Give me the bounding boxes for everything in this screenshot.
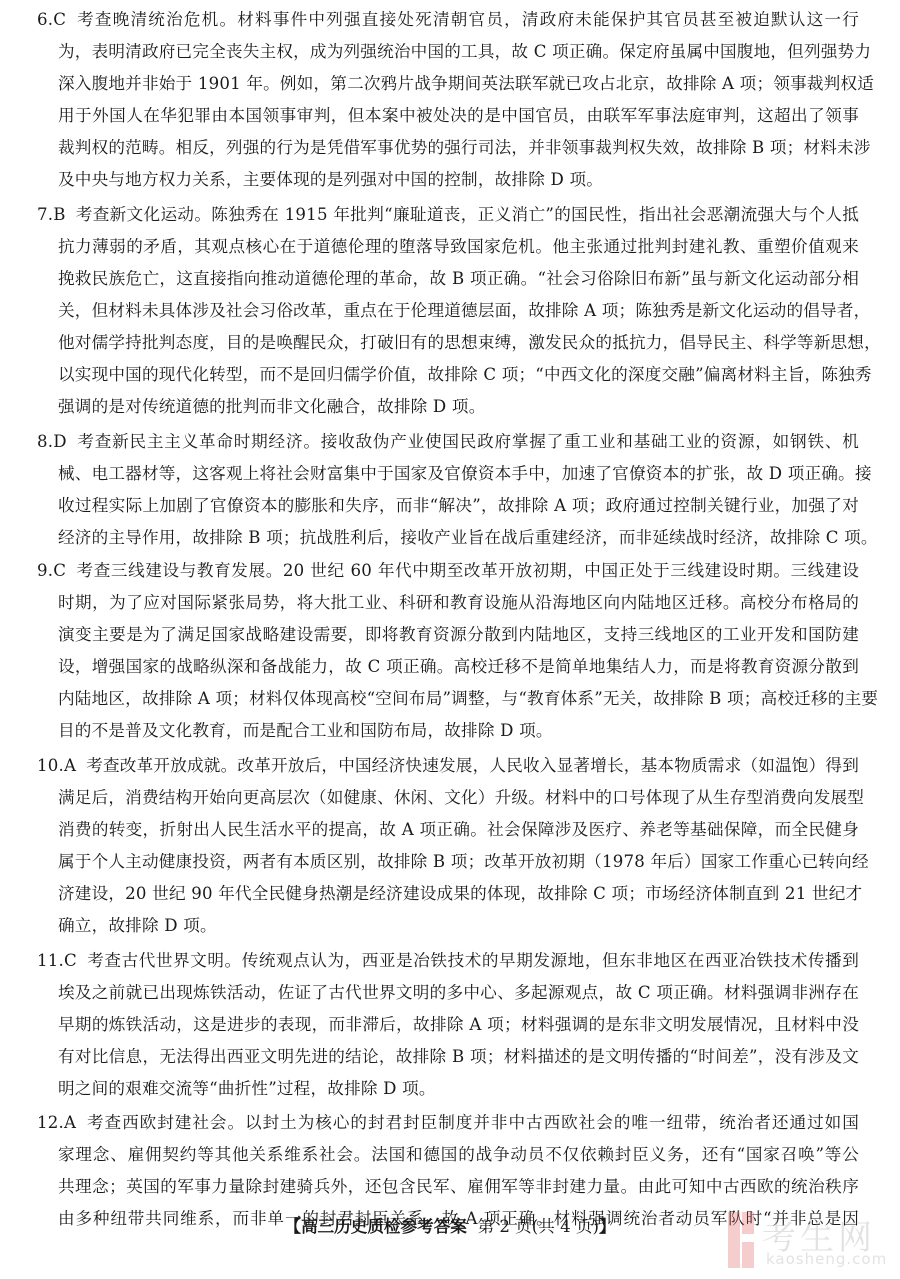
answer-item-line: 裁判权的范畴。相反，列强的行为是凭借军事优势的强行司法，并非领事裁判权失效，故排… (58, 132, 859, 164)
answer-item-line: 埃及之前就已出现炼铁活动，佐证了古代世界文明的多中心、多起源观点，故 C 项正确… (58, 977, 859, 1009)
question-number: 8. (37, 426, 53, 458)
answer-item-line: 家理念、雇佣契约等其他关系维系社会。法国和德国的战争动员不仅依赖封臣义务，还有“… (58, 1139, 859, 1171)
footer-title: 高三历史质检参考答案 (301, 1216, 467, 1236)
explanation-text: 考查新民主主义革命时期经济。接收敌伪产业使国民政府掌握了重工业和基础工业的资源，… (77, 432, 859, 451)
answer-item-line: 满足后，消费结构开始向更高层次（如健康、休闲、文化）升级。材料中的口号体现了从生… (58, 782, 859, 814)
answer-item-line: 以实现中国的现代化转型，而不是回归儒学价值，故排除 C 项；“中西文化的深度交融… (58, 359, 859, 391)
answer-letter: C (53, 555, 66, 587)
answer-item-line: 属于个人主动健康投资，两者有本质区别，故排除 B 项；改革开放初期（1978 年… (58, 846, 859, 878)
answer-item-line: 消费的转变，折射出人民生活水平的提高，故 A 项正确。社会保障涉及医疗、养老等基… (58, 814, 859, 846)
answer-item-line: 济建设，20 世纪 90 年代全民健身热潮是经济建设成果的体现，故排除 C 项；… (58, 878, 859, 910)
answer-item-line: 用于外国人在华犯罪由本国领事审判，但本案中被处决的是中国官员，由联军军事法庭审判… (58, 100, 859, 132)
answer-item-line: 早期的炼铁活动，这是进步的表现，而非滞后，故排除 A 项；材料强调的是东非文明发… (58, 1009, 859, 1041)
footer-bracket-close: 】 (599, 1216, 616, 1236)
answer-item-line: 共理念；英国的军事力量除封建骑兵外，还包含民军、雇佣军等非封建力量。由此可知中古… (58, 1171, 859, 1203)
explanation-text: 考查改革开放成就。改革开放后，中国经济快速发展，人民收入显著增长，基本物质需求（… (86, 756, 859, 775)
watermark-logo-icon (728, 1212, 752, 1268)
watermark: 考生网 kaosheng.com (728, 1212, 888, 1272)
answer-letter: C (64, 945, 77, 977)
answer-item-first-line: 8.D考查新民主主义革命时期经济。接收敌伪产业使国民政府掌握了重工业和基础工业的… (37, 426, 859, 458)
answer-item-first-line: 11.C考查古代世界文明。传统观点认为，西亚是冶铁技术的早期发源地，但东非地区在… (37, 945, 859, 977)
answer-item-line: 收过程实际上加剧了官僚资本的膨胀和失序，而非“解决”，故排除 A 项；政府通过控… (58, 490, 859, 522)
question-number: 11. (37, 945, 64, 977)
answer-item-line: 抗力薄弱的矛盾，其观点核心在于道德伦理的堕落导致国家危机。他主张通过批判封建礼教… (58, 231, 859, 263)
answer-item-line: 内陆地区，故排除 A 项；材料仅体现高校“空间布局”调整，与“教育体系”无关，故… (58, 683, 859, 715)
question-number: 9. (37, 555, 53, 587)
answer-item-line: 明之间的艰难交流等“曲折性”过程，故排除 D 项。 (58, 1073, 436, 1105)
answer-item-line: 挽救民族危亡，这直接指向推动道德伦理的革命，故 B 项正确。“社会习俗除旧布新”… (58, 263, 859, 295)
explanation-text: 考查古代世界文明。传统观点认为，西亚是冶铁技术的早期发源地，但东非地区在西亚冶铁… (87, 951, 859, 970)
answer-item-first-line: 6.C考查晚清统治危机。材料事件中列强直接处死清朝官员，清政府未能保护其官员甚至… (37, 4, 859, 36)
answer-item-line: 为，表明清政府已完全丧失主权，成为列强统治中国的工具，故 C 项正确。保定府虽属… (58, 36, 859, 68)
question-number: 6. (37, 4, 53, 36)
footer-bracket-open: 【 (284, 1216, 301, 1236)
answer-item-line: 目的不是普及文化教育，而是配合工业和国防布局，故排除 D 项。 (58, 715, 553, 747)
answer-letter: C (53, 4, 66, 36)
watermark-url: kaosheng.com (766, 1250, 887, 1268)
question-number: 10. (37, 750, 64, 782)
answer-item-line: 经济的主导作用，故排除 B 项；抗战胜利后，接收产业旨在战后重建经济，而非延续战… (58, 522, 878, 554)
answer-item-line: 确立，故排除 D 项。 (58, 910, 217, 942)
answer-item-line: 强调的是对传统道德的批判而非文化融合，故排除 D 项。 (58, 391, 486, 423)
answer-item-line: 有对比信息，无法得出西亚文明先进的结论，故排除 B 项；材料描述的是文明传播的“… (58, 1041, 859, 1073)
answer-key-page: 6.C考查晚清统治危机。材料事件中列强直接处死清朝官员，清政府未能保护其官员甚至… (0, 0, 900, 1279)
explanation-text: 考查新文化运动。陈独秀在 1915 年批判“廉耻道丧，正义消亡”的国民性，指出社… (76, 205, 859, 224)
explanation-text: 考查晚清统治危机。材料事件中列强直接处死清朝官员，清政府未能保护其官员甚至被迫默… (76, 10, 859, 29)
answer-item-first-line: 12.A考查西欧封建社会。以封土为核心的封君封臣制度并非中古西欧社会的唯一纽带，… (37, 1107, 859, 1139)
answer-item-first-line: 7.B考查新文化运动。陈独秀在 1915 年批判“廉耻道丧，正义消亡”的国民性，… (37, 199, 859, 231)
answer-letter: A (64, 750, 76, 782)
answer-item-line: 演变主要是为了满足国家战略建设需要，即将教育资源分散到内陆地区，支持三线地区的工… (58, 619, 859, 651)
explanation-text: 考查西欧封建社会。以封土为核心的封君封臣制度并非中古西欧社会的唯一纽带，统治者还… (86, 1113, 859, 1132)
answer-item-line: 时期，为了应对国际紧张局势，将大批工业、科研和教育设施从沿海地区向内陆地区迁移。… (58, 587, 859, 619)
answer-item-first-line: 10.A考查改革开放成就。改革开放后，中国经济快速发展，人民收入显著增长，基本物… (37, 750, 859, 782)
answer-item-line: 关，但材料未具体涉及社会习俗改革，重点在于伦理道德层面，故排除 A 项；陈独秀是… (58, 295, 859, 327)
answer-item-line: 及中央与地方权力关系，主要体现的是列强对中国的控制，故排除 D 项。 (58, 164, 603, 196)
explanation-text: 考查三线建设与教育发展。20 世纪 60 年代中期至改革开放初期，中国正处于三线… (76, 561, 859, 580)
answer-item-line: 设，增强国家的战略纵深和备战能力，故 C 项正确。高校迁移不是简单地集结人力，而… (58, 651, 859, 683)
answer-letter: B (53, 199, 65, 231)
footer-page-info: 第 2 页(共 4 页) (477, 1217, 599, 1236)
answer-item-line: 械、电工器材等，这客观上将社会财富集中于国家及官僚资本手中，加速了官僚资本的扩张… (58, 458, 859, 490)
answer-letter: D (53, 426, 67, 458)
answer-letter: A (64, 1107, 76, 1139)
answer-item-line: 他对儒学持批判态度，目的是唤醒民众，打破旧有的思想束缚，激发民众的抵抗力，倡导民… (58, 327, 859, 359)
answer-item-first-line: 9.C考查三线建设与教育发展。20 世纪 60 年代中期至改革开放初期，中国正处… (37, 555, 859, 587)
answer-item-line: 深入腹地并非始于 1901 年。例如，第二次鸦片战争期间英法联军就已攻占北京，故… (58, 68, 859, 100)
question-number: 7. (37, 199, 53, 231)
question-number: 12. (37, 1107, 64, 1139)
